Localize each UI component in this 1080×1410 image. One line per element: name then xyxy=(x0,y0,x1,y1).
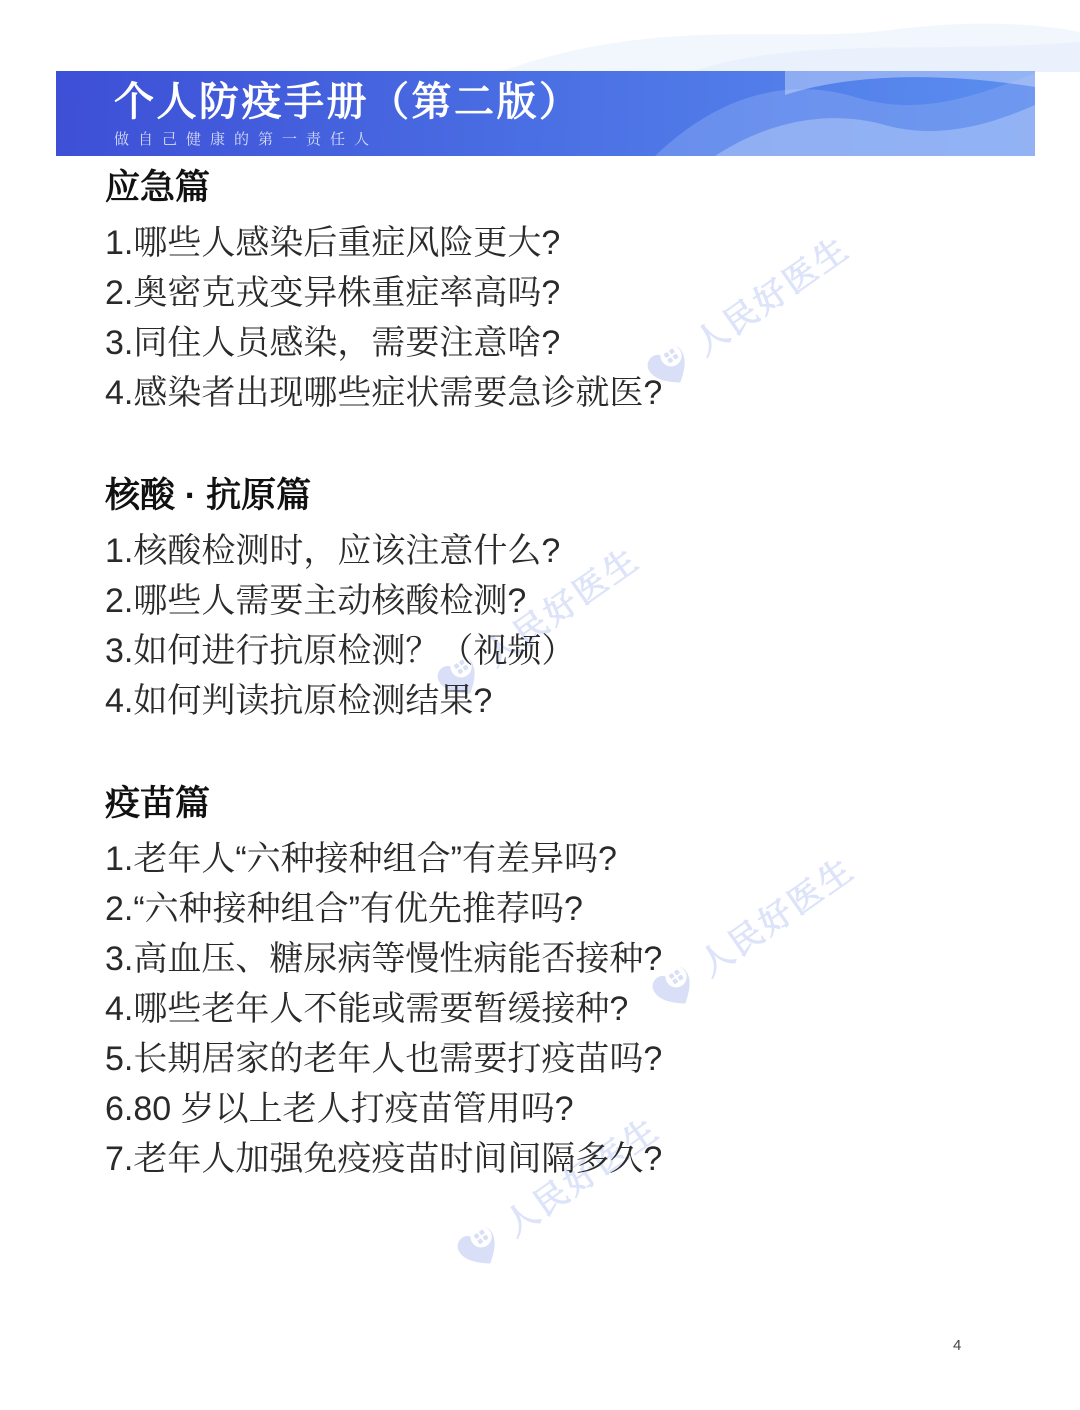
top-wave-shape xyxy=(0,0,1080,72)
page-subtitle: 做自己健康的第一责任人 xyxy=(114,128,582,149)
toc-item: 5.长期居家的老年人也需要打疫苗吗? xyxy=(105,1034,662,1084)
top-wave-decoration xyxy=(0,0,1080,72)
banner-wave-shapes xyxy=(515,71,1035,156)
table-of-contents: 应急篇 1.哪些人感染后重症风险更大? 2.奥密克戎变异株重症率高吗? 3.同住… xyxy=(105,166,662,1240)
toc-item: 7.老年人加强免疫疫苗时间间隔多久? xyxy=(105,1134,662,1184)
section-emergency: 应急篇 1.哪些人感染后重症风险更大? 2.奥密克戎变异株重症率高吗? 3.同住… xyxy=(105,166,662,418)
toc-item: 2.奥密克戎变异株重症率高吗? xyxy=(105,268,662,318)
toc-item: 6.80 岁以上老人打疫苗管用吗? xyxy=(105,1084,662,1134)
section-heading: 核酸 · 抗原篇 xyxy=(105,474,662,518)
toc-item: 4.哪些老年人不能或需要暂缓接种? xyxy=(105,984,662,1034)
watermark-text: 人民好医生 xyxy=(689,844,863,986)
section-heading: 疫苗篇 xyxy=(105,782,662,826)
toc-item: 4.如何判读抗原检测结果? xyxy=(105,676,662,726)
toc-item: 3.同住人员感染，需要注意啥? xyxy=(105,318,662,368)
toc-item: 2.哪些人需要主动核酸检测? xyxy=(105,576,662,626)
toc-item: 3.如何进行抗原检测？（视频） xyxy=(105,626,662,676)
toc-item: 4.感染者出现哪些症状需要急诊就医? xyxy=(105,368,662,418)
page-banner: 个人防疫手册（第二版） 做自己健康的第一责任人 xyxy=(56,71,1035,156)
toc-item: 2.“六种接种组合”有优先推荐吗? xyxy=(105,884,662,934)
section-nucleic-antigen: 核酸 · 抗原篇 1.核酸检测时，应该注意什么? 2.哪些人需要主动核酸检测? … xyxy=(105,474,662,726)
watermark-text: 人民好医生 xyxy=(684,223,858,365)
page-number: 4 xyxy=(953,1337,961,1354)
banner-text-block: 个人防疫手册（第二版） 做自己健康的第一责任人 xyxy=(114,79,582,149)
toc-item: 1.老年人“六种接种组合”有差异吗? xyxy=(105,834,662,884)
section-heading: 应急篇 xyxy=(105,166,662,210)
watermark: 人民好医生 xyxy=(641,844,863,1019)
page-title: 个人防疫手册（第二版） xyxy=(114,79,582,125)
watermark: 人民好医生 xyxy=(636,223,858,398)
section-vaccine: 疫苗篇 1.老年人“六种接种组合”有差异吗? 2.“六种接种组合”有优先推荐吗?… xyxy=(105,782,662,1184)
toc-item: 3.高血压、糖尿病等慢性病能否接种? xyxy=(105,934,662,984)
toc-item: 1.核酸检测时，应该注意什么? xyxy=(105,526,662,576)
toc-item: 1.哪些人感染后重症风险更大? xyxy=(105,218,662,268)
